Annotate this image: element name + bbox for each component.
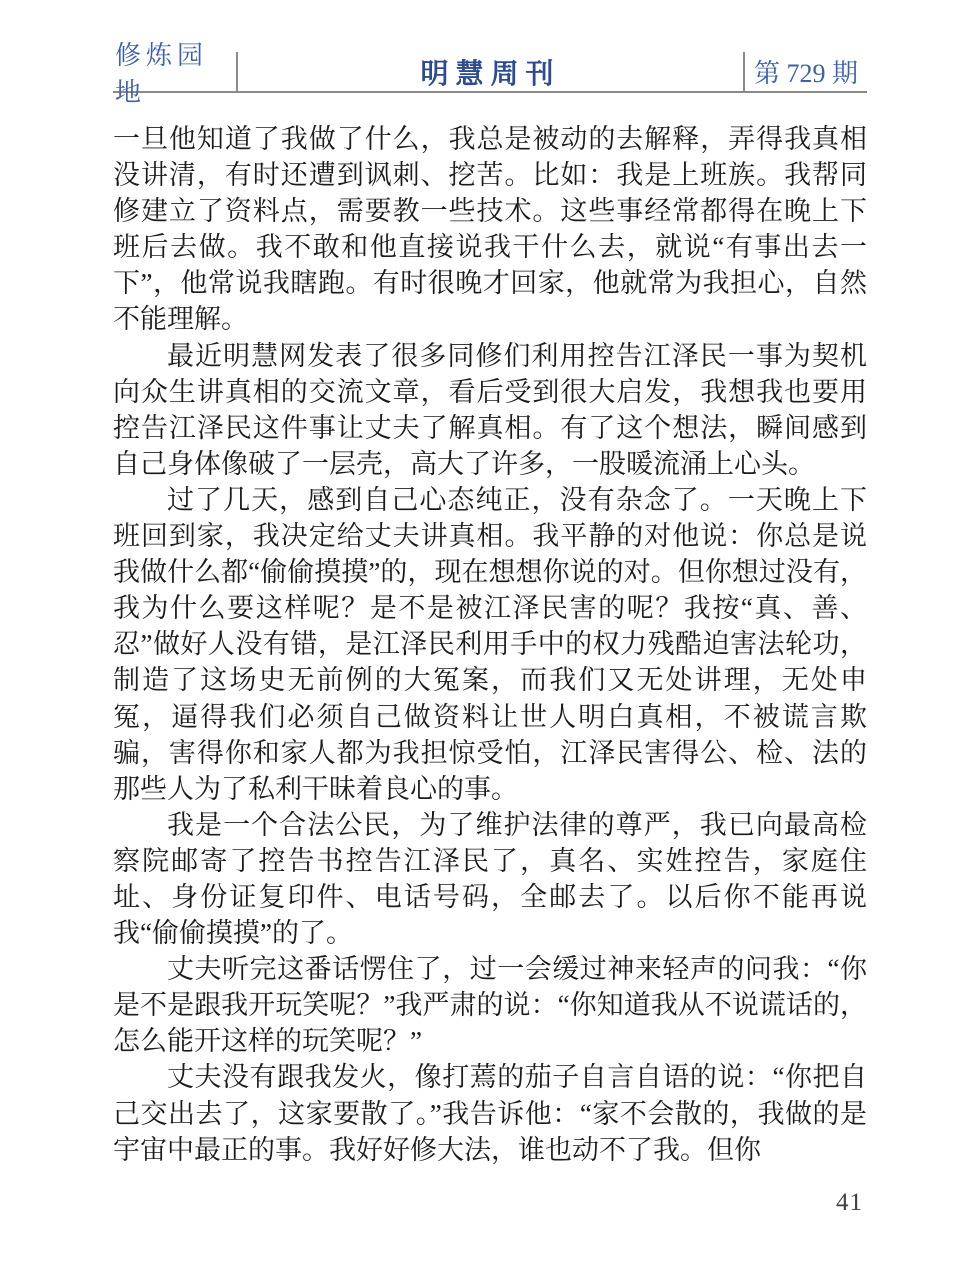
paragraph: 过了几天，感到自己心态纯正，没有杂念了。一天晚上下班回到家，我决定给丈夫讲真相。…	[113, 482, 867, 807]
paragraph: 丈夫没有跟我发火，像打蔫的茄子自言自语的说：“你把自己交出去了，这家要散了。”我…	[113, 1059, 867, 1167]
article-body: 一旦他知道了我做了什么，我总是被动的去解释，弄得我真相没讲清，有时还遭到讽刺、挖…	[113, 121, 867, 1168]
page-header: 修炼园地 明慧周刊 第 729 期	[113, 52, 867, 93]
header-issue-number: 第 729 期	[743, 52, 867, 91]
paragraph: 一旦他知道了我做了什么，我总是被动的去解释，弄得我真相没讲清，有时还遭到讽刺、挖…	[113, 121, 867, 338]
header-section-label: 修炼园地	[113, 52, 238, 91]
document-page: 修炼园地 明慧周刊 第 729 期 一旦他知道了我做了什么，我总是被动的去解释，…	[0, 0, 978, 1265]
paragraph: 丈夫听完这番话愣住了，过一会缓过神来轻声的问我：“你是不是跟我开玩笑呢？”我严肃…	[113, 951, 867, 1059]
paragraph: 我是一个合法公民，为了维护法律的尊严，我已向最高检察院邮寄了控告书控告江泽民了，…	[113, 807, 867, 951]
page-number: 41	[836, 1189, 863, 1217]
paragraph: 最近明慧网发表了很多同修们利用控告江泽民一事为契机向众生讲真相的交流文章，看后受…	[113, 338, 867, 482]
header-journal-title: 明慧周刊	[238, 52, 743, 91]
